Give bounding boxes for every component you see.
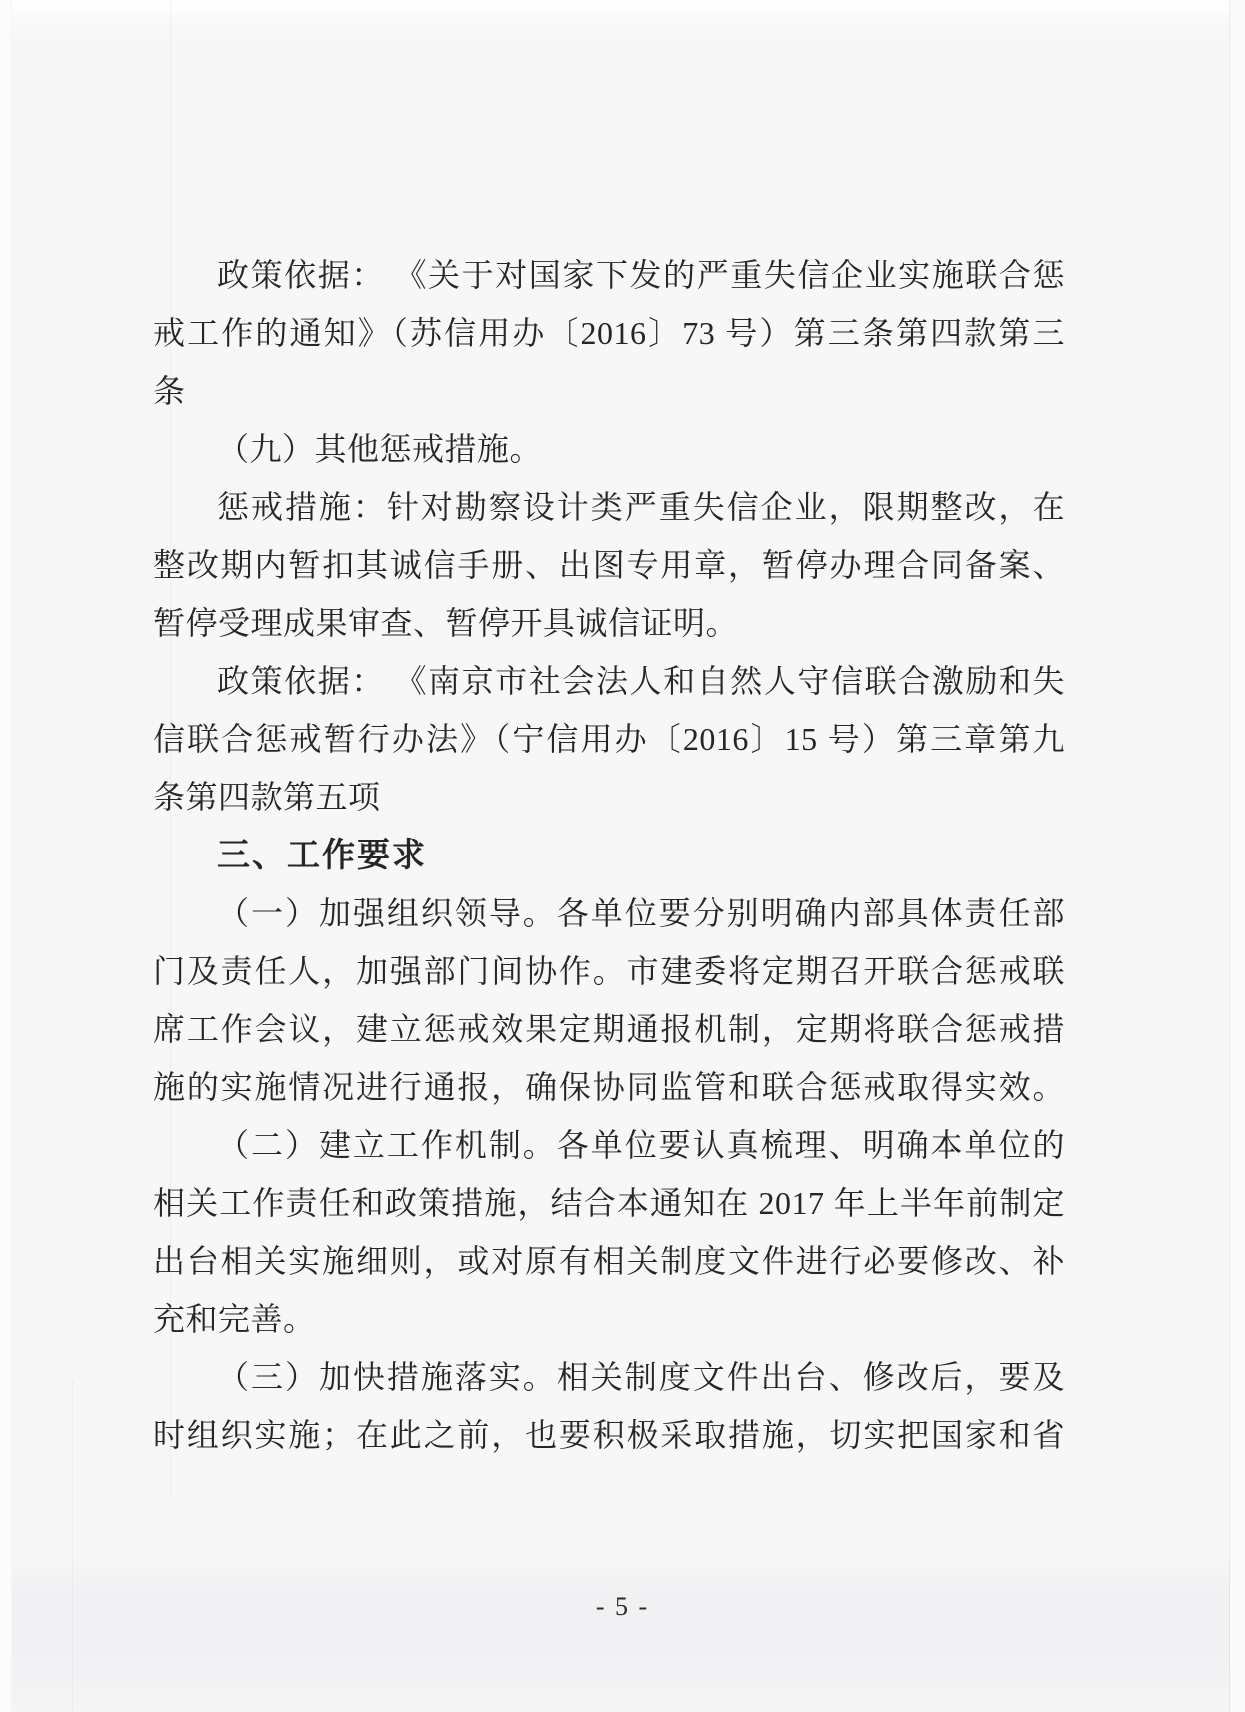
text-line: 政策依据： 《南京市社会法人和自然人守信联合激励和失 bbox=[153, 652, 1065, 710]
text-line: （三）加快措施落实。相关制度文件出台、修改后，要及 bbox=[153, 1348, 1065, 1406]
text-line: 门及责任人，加强部门间协作。市建委将定期召开联合惩戒联 bbox=[153, 942, 1065, 1000]
scanned-document-page: 政策依据： 《关于对国家下发的严重失信企业实施联合惩戒工作的通知》（苏信用办〔2… bbox=[0, 0, 1245, 1712]
text-line: 条 bbox=[153, 362, 1065, 420]
text-line: 暂停受理成果审查、暂停开具诚信证明。 bbox=[153, 594, 1065, 652]
text-line: 戒工作的通知》（苏信用办〔2016〕73 号）第三条第四款第三 bbox=[153, 304, 1065, 362]
section-heading: 三、工作要求 bbox=[153, 826, 1065, 884]
scan-top-edge bbox=[0, 0, 1245, 14]
scan-right-edge bbox=[1229, 0, 1230, 1712]
text-line: （二）建立工作机制。各单位要认真梳理、明确本单位的 bbox=[153, 1116, 1065, 1174]
scan-fold-line-lower bbox=[72, 1380, 73, 1712]
text-line: 惩戒措施：针对勘察设计类严重失信企业，限期整改，在 bbox=[153, 478, 1065, 536]
text-line: 出台相关实施细则，或对原有相关制度文件进行必要修改、补 bbox=[153, 1232, 1065, 1290]
text-line: 信联合惩戒暂行办法》（宁信用办〔2016〕15 号）第三章第九 bbox=[153, 710, 1065, 768]
text-line: 整改期内暂扣其诚信手册、出图专用章，暂停办理合同备案、 bbox=[153, 536, 1065, 594]
text-line: 政策依据： 《关于对国家下发的严重失信企业实施联合惩 bbox=[153, 246, 1065, 304]
scan-right-margin bbox=[1230, 0, 1245, 1712]
document-lines: 政策依据： 《关于对国家下发的严重失信企业实施联合惩戒工作的通知》（苏信用办〔2… bbox=[153, 246, 1065, 1464]
text-line: （九）其他惩戒措施。 bbox=[153, 420, 1065, 478]
text-line: 条第四款第五项 bbox=[153, 768, 1065, 826]
text-line: 时组织实施；在此之前，也要积极采取措施，切实把国家和省 bbox=[153, 1406, 1065, 1464]
text-line: （一）加强组织领导。各单位要分别明确内部具体责任部 bbox=[153, 884, 1065, 942]
text-line: 相关工作责任和政策措施，结合本通知在 2017 年上半年前制定 bbox=[153, 1174, 1065, 1232]
text-line: 席工作会议，建立惩戒效果定期通报机制，定期将联合惩戒措 bbox=[153, 1000, 1065, 1058]
text-line: 充和完善。 bbox=[153, 1290, 1065, 1348]
page-number: - 5 - bbox=[0, 1592, 1245, 1622]
text-line: 施的实施情况进行通报，确保协同监管和联合惩戒取得实效。 bbox=[153, 1058, 1065, 1116]
scan-left-edge bbox=[0, 0, 12, 1712]
